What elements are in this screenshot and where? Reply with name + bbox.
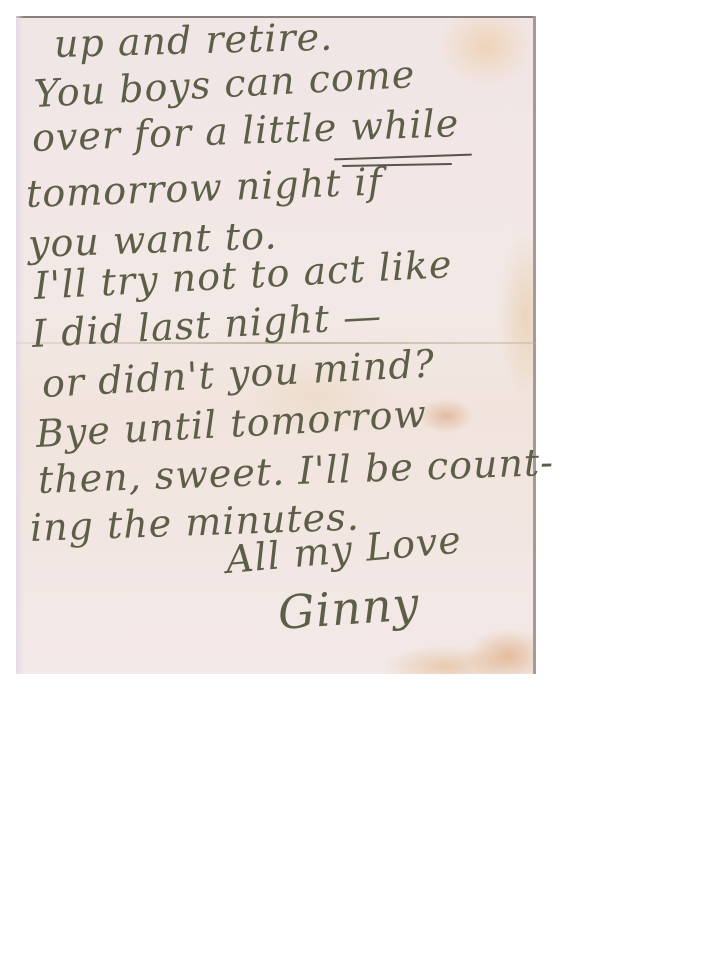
underline-stroke-1 [334,154,472,161]
letter-page: up and retire. You boys can come over fo… [16,16,536,674]
letter-line-4: tomorrow night if [25,160,383,216]
letter-signature: Ginny [276,576,421,640]
paper-edge-shadow [16,16,24,674]
